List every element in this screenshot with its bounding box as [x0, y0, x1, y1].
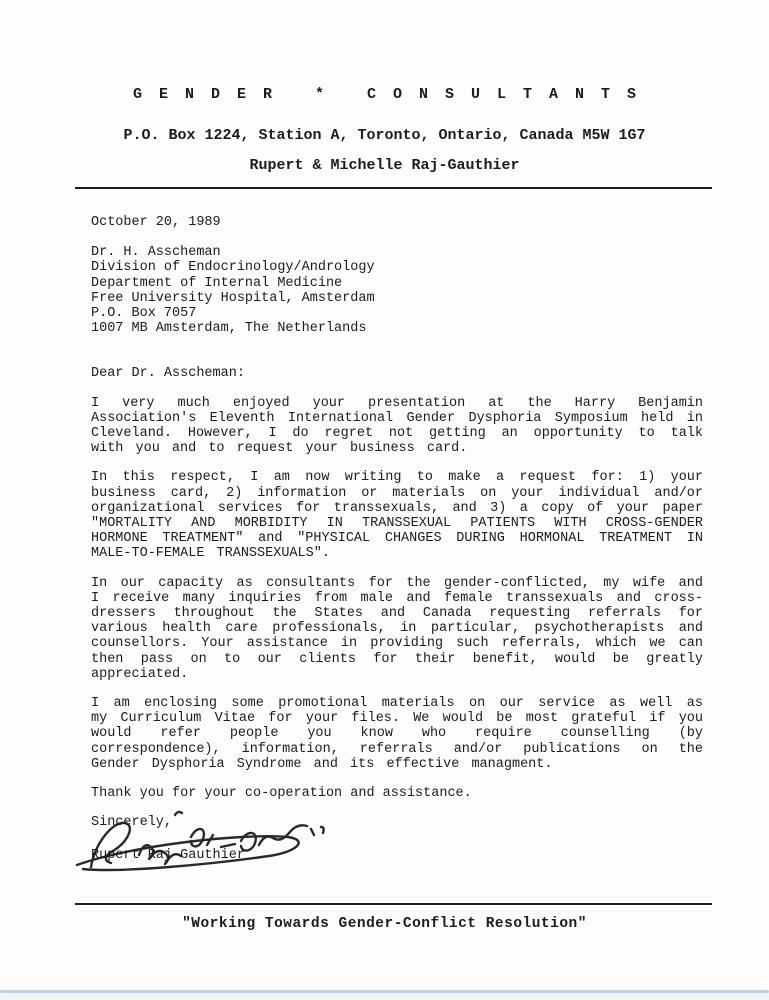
body-paragraph: I very much enjoyed your presentation at…: [91, 396, 703, 457]
recipient-address-block: Dr. H. Asscheman Division of Endocrinolo…: [91, 245, 703, 336]
recipient-line: Free University Hospital, Amsterdam: [91, 291, 703, 306]
letterhead: GENDER * CONSULTANTS P.O. Box 1224, Stat…: [0, 86, 769, 174]
body-paragraph: In this respect, I am now writing to mak…: [91, 470, 703, 561]
date-line: October 20, 1989: [91, 215, 703, 230]
recipient-line: 1007 MB Amsterdam, The Netherlands: [91, 321, 703, 336]
org-address: P.O. Box 1224, Station A, Toronto, Ontar…: [0, 127, 769, 144]
closing-word: Sincerely,: [91, 815, 172, 830]
recipient-line: Dr. H. Asscheman: [91, 245, 703, 260]
typed-signature-name: Rupert Raj-Gauthier: [91, 848, 245, 863]
footer-divider: [75, 903, 712, 905]
body-paragraph: I am enclosing some promotional material…: [91, 696, 703, 772]
thanks-line: Thank you for your co-operation and assi…: [91, 786, 703, 801]
closing-block: Sincerely, Rupert Raj-Gauthier: [91, 815, 703, 877]
org-principals: Rupert & Michelle Raj-Gauthier: [0, 157, 769, 174]
footer-tagline: "Working Towards Gender-Conflict Resolut…: [0, 916, 769, 932]
letter-page: GENDER * CONSULTANTS P.O. Box 1224, Stat…: [0, 0, 769, 1000]
letter-body: October 20, 1989 Dr. H. Asscheman Divisi…: [91, 215, 703, 877]
salutation: Dear Dr. Asscheman:: [91, 366, 703, 381]
scan-edge-shadow: [0, 993, 769, 1000]
body-paragraph: In our capacity as consultants for the g…: [91, 576, 703, 682]
recipient-line: Department of Internal Medicine: [91, 276, 703, 291]
scan-edge-line: [0, 990, 769, 993]
recipient-line: Division of Endocrinology/Andrology: [91, 260, 703, 275]
org-name: GENDER * CONSULTANTS: [0, 86, 769, 103]
letterhead-divider: [75, 187, 712, 189]
recipient-line: P.O. Box 7057: [91, 306, 703, 321]
